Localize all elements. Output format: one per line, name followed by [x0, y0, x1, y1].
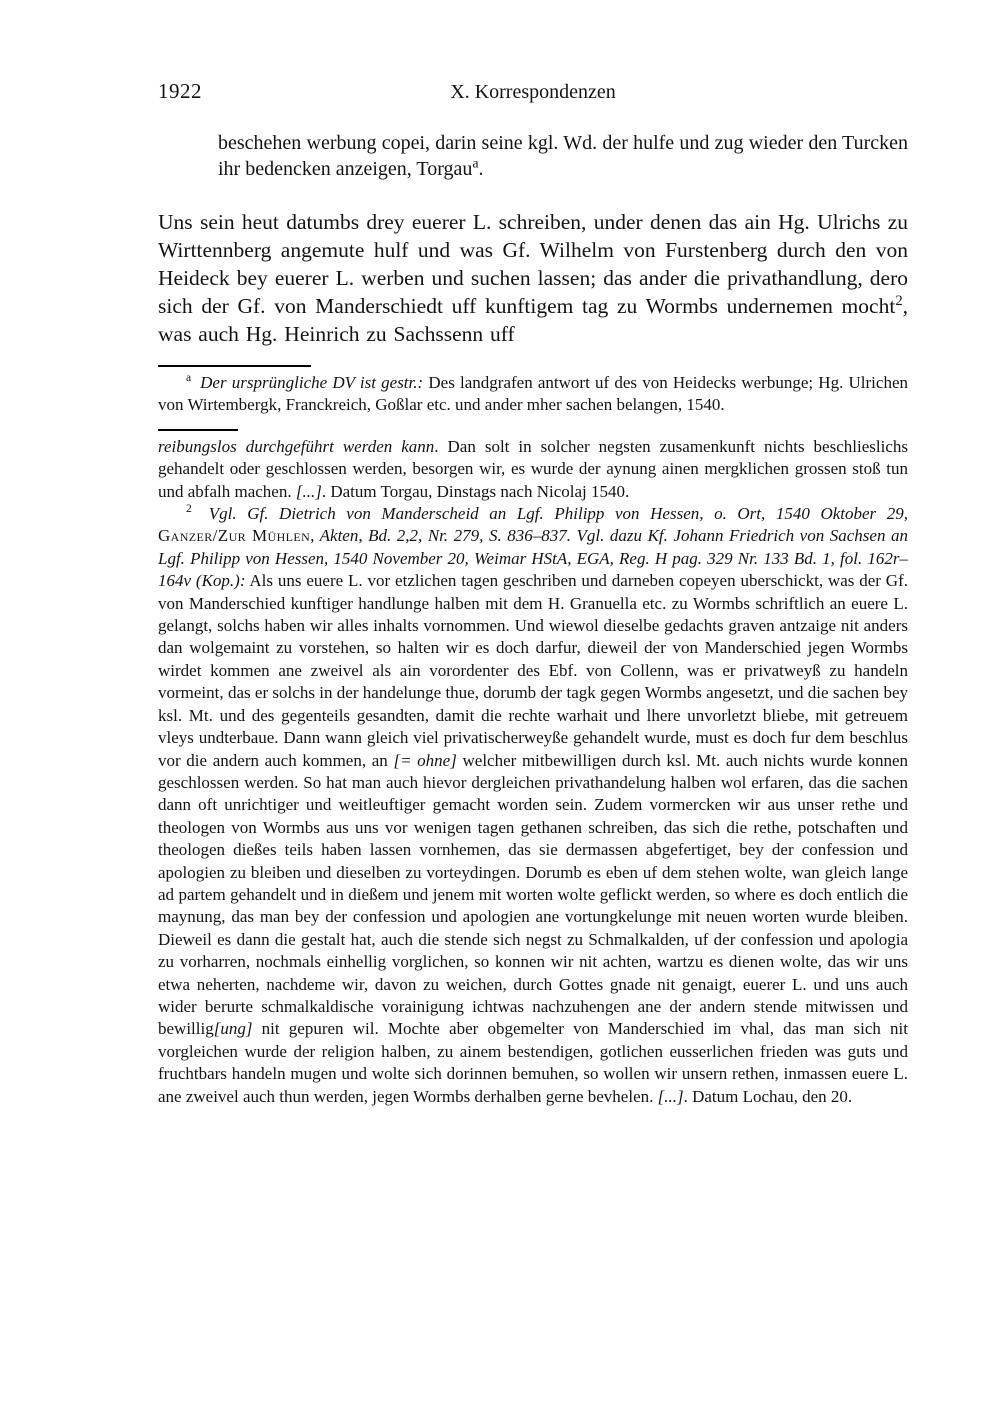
footnote-continuation-italic-lead: reibungslos durchgeführt werden kann: [158, 437, 434, 456]
book-page: 1922 X. Korrespondenzen beschehen werbun…: [0, 0, 1004, 1418]
footnote-ref-2: 2: [895, 293, 902, 309]
letter-body-paragraph: Uns sein heut datumbs drey euerer L. sch…: [158, 208, 908, 348]
footnote-2-marker: 2: [186, 502, 192, 515]
footnote-2-text-end: . Datum Lochau, den 20.: [684, 1087, 853, 1106]
footnote-2-editorial-insert: [= ohne]: [393, 751, 456, 770]
footnote-continuation-omission-mark: [...]: [296, 482, 322, 501]
page-header: 1922 X. Korrespondenzen: [158, 78, 908, 108]
footnote-2-editorial-insert-2: [ung]: [214, 1019, 253, 1038]
footnote-2-text-continued: welcher mitbewilligen durch ksl. Mt. auc…: [158, 751, 908, 1039]
regest-quote-paragraph: beschehen werbung copei, darin seine kgl…: [218, 130, 908, 182]
footnote-a-marker: a: [186, 371, 191, 384]
footnote-2-omission-mark: [...]: [658, 1087, 684, 1106]
regest-quote-text: beschehen werbung copei, darin seine kgl…: [218, 132, 908, 180]
footnote-continuation: reibungslos durchgeführt werden kann. Da…: [158, 436, 908, 503]
regest-quote-text-end: .: [478, 158, 483, 180]
footnote-a-editorial-note: Der ursprüngliche DV ist gestr.:: [200, 373, 423, 392]
running-head: X. Korrespondenzen: [158, 79, 908, 105]
footnote-a: aDer ursprüngliche DV ist gestr.: Des la…: [158, 372, 908, 417]
footnote-2-editor-names: Ganzer/Zur Mühlen: [158, 526, 310, 545]
footnote-separator-rule: [158, 365, 311, 367]
footnote-continuation-separator-rule: [158, 429, 238, 431]
footnote-2: 2Vgl. Gf. Dietrich von Manderscheid an L…: [158, 503, 908, 1108]
letter-body-text: Uns sein heut datumbs drey euerer L. sch…: [158, 210, 908, 318]
footnote-continuation-text-end: . Datum Torgau, Dinstags nach Nicolaj 15…: [322, 482, 629, 501]
footnote-2-text: Als uns euere L. vor etzlichen tagen ges…: [158, 571, 908, 769]
footnote-2-citation: Vgl. Gf. Dietrich von Manderscheid an Lg…: [209, 504, 908, 523]
